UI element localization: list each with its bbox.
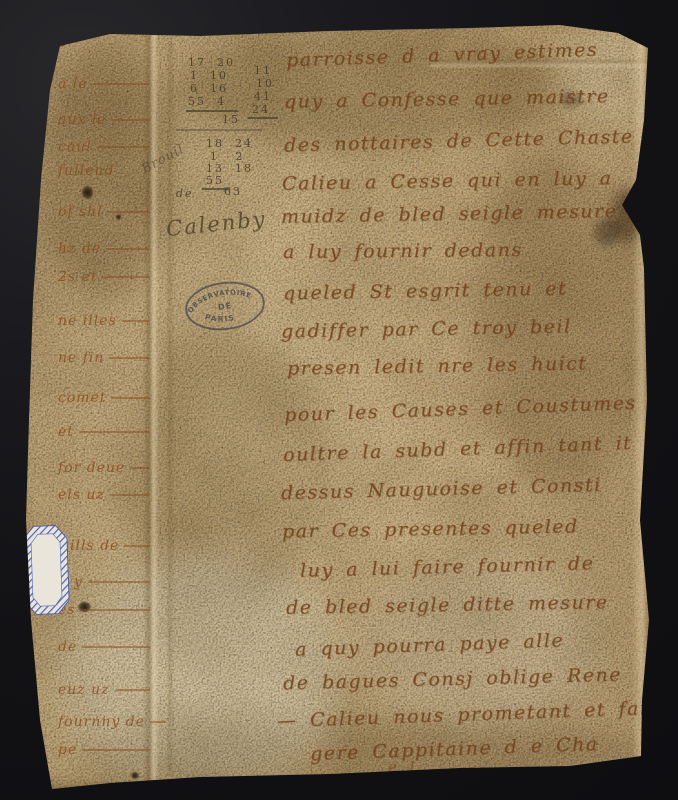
spine-fragment-text: de — [58, 639, 77, 655]
pen-stroke — [109, 357, 150, 359]
spine-text-fragment: hz de — [58, 241, 150, 257]
spine-fragment-text: caul — [58, 139, 92, 155]
arithmetic-row: 17 20 — [188, 56, 235, 69]
library-label — [20, 523, 71, 617]
spine-text-fragment: a le — [58, 76, 150, 92]
spine-fragment-text: aux le — [58, 112, 106, 128]
label-paper — [31, 533, 62, 606]
pen-stroke — [97, 146, 150, 148]
arithmetic-row: 55 — [206, 174, 224, 187]
arithmetic-row: 41 — [254, 90, 272, 103]
spine-fragment-text: y — [74, 574, 83, 590]
pen-stroke — [130, 467, 150, 469]
pen-stroke — [110, 494, 150, 496]
sum-rule — [248, 117, 278, 119]
pen-stroke — [115, 689, 150, 691]
spine-fragment-text: hz de — [58, 241, 101, 257]
spine-text-fragment: of shl — [58, 204, 150, 220]
spine-fragment-text: ne fin — [58, 350, 104, 366]
spine-text-fragment: caul — [58, 139, 150, 155]
main-text-line: e l — [388, 758, 416, 776]
spine-fragment-text: euz uz — [58, 682, 110, 698]
spine-text-fragment: fournny de — [58, 714, 166, 730]
pen-stroke — [111, 397, 150, 399]
spine-text-fragment: 2s et — [58, 269, 150, 285]
pen-stroke — [88, 581, 150, 583]
spine-text-fragment: ne fin — [58, 350, 150, 366]
spine-fragment-text: 2s et — [58, 269, 97, 285]
arithmetic-total: 15 — [222, 113, 240, 126]
arithmetic-row: 24 — [252, 103, 270, 116]
wormhole — [82, 186, 93, 199]
manuscript-cover: 82 a le aux le caul fulleud of shl hz de… — [0, 0, 678, 800]
arithmetic-row: 10 — [256, 77, 274, 90]
spine-fragment-text: et — [58, 424, 74, 440]
pen-stroke — [150, 721, 166, 723]
pen-stroke — [93, 83, 150, 85]
pen-stroke — [122, 320, 150, 322]
arithmetic-row: 1 10 — [190, 69, 228, 82]
arithmetic-row: 6 16 — [190, 82, 228, 95]
arithmetic-row: 11 — [254, 64, 272, 77]
pen-stroke — [80, 609, 150, 611]
spine-fragment-text: of shl — [58, 204, 103, 220]
spine-fragment-text: ills de — [70, 538, 119, 554]
spine-fragment-text: comet — [58, 390, 106, 406]
spine-text-fragment: y — [74, 574, 150, 590]
page-number: 82 — [39, 27, 70, 53]
main-text-line: a luy fournir dedans — [283, 239, 523, 263]
spine-text-fragment: els uz — [58, 487, 150, 503]
ink-speck — [131, 772, 139, 779]
spine-text-fragment: comet — [58, 390, 150, 406]
spine-text-fragment: pe — [58, 742, 150, 758]
manuscript-photo: 82 a le aux le caul fulleud of shl hz de… — [0, 0, 678, 800]
arithmetic-row: 18 24 — [206, 137, 253, 150]
divider-rule — [176, 129, 262, 131]
spine-fragment-text: pe — [58, 742, 77, 758]
spine-fragment-text: ne illes — [58, 313, 117, 329]
stamp-text-middle: DE — [218, 301, 233, 312]
spine-text-fragment: ills de — [70, 538, 150, 554]
pen-stroke — [108, 211, 150, 213]
pen-stroke — [82, 646, 150, 648]
arithmetic-note: 63 — [224, 185, 242, 198]
arithmetic-note: de — [176, 187, 194, 200]
spine-fragment-text: a le — [58, 76, 88, 92]
pen-stroke — [124, 545, 150, 547]
spine-text-fragment: aux le — [58, 112, 150, 128]
spine-text-fragment: de — [58, 639, 150, 655]
pen-stroke — [79, 431, 150, 433]
spine-fragment-text: fulleud — [58, 163, 114, 179]
spine-fragment-text: els uz — [58, 487, 105, 503]
pen-stroke — [106, 248, 150, 250]
spine-text-fragment: ne illes — [58, 313, 150, 329]
spine-text-fragment: for deue — [58, 460, 150, 476]
observatory-stamp: OBSERVATOIRE DE PARIS — [180, 275, 270, 337]
spine-fragment-text: fournny de — [58, 714, 145, 730]
pen-stroke — [111, 119, 150, 121]
spine-fragment-text: for deue — [58, 460, 125, 476]
pen-stroke — [102, 276, 150, 278]
sum-rule — [186, 110, 238, 112]
spine-text-fragment: et — [58, 424, 150, 440]
pen-stroke — [82, 749, 150, 751]
spine-text-fragment: euz uz — [58, 682, 150, 698]
arithmetic-row: 55 4 — [188, 95, 226, 108]
spine-text-fragment: es — [58, 602, 150, 618]
